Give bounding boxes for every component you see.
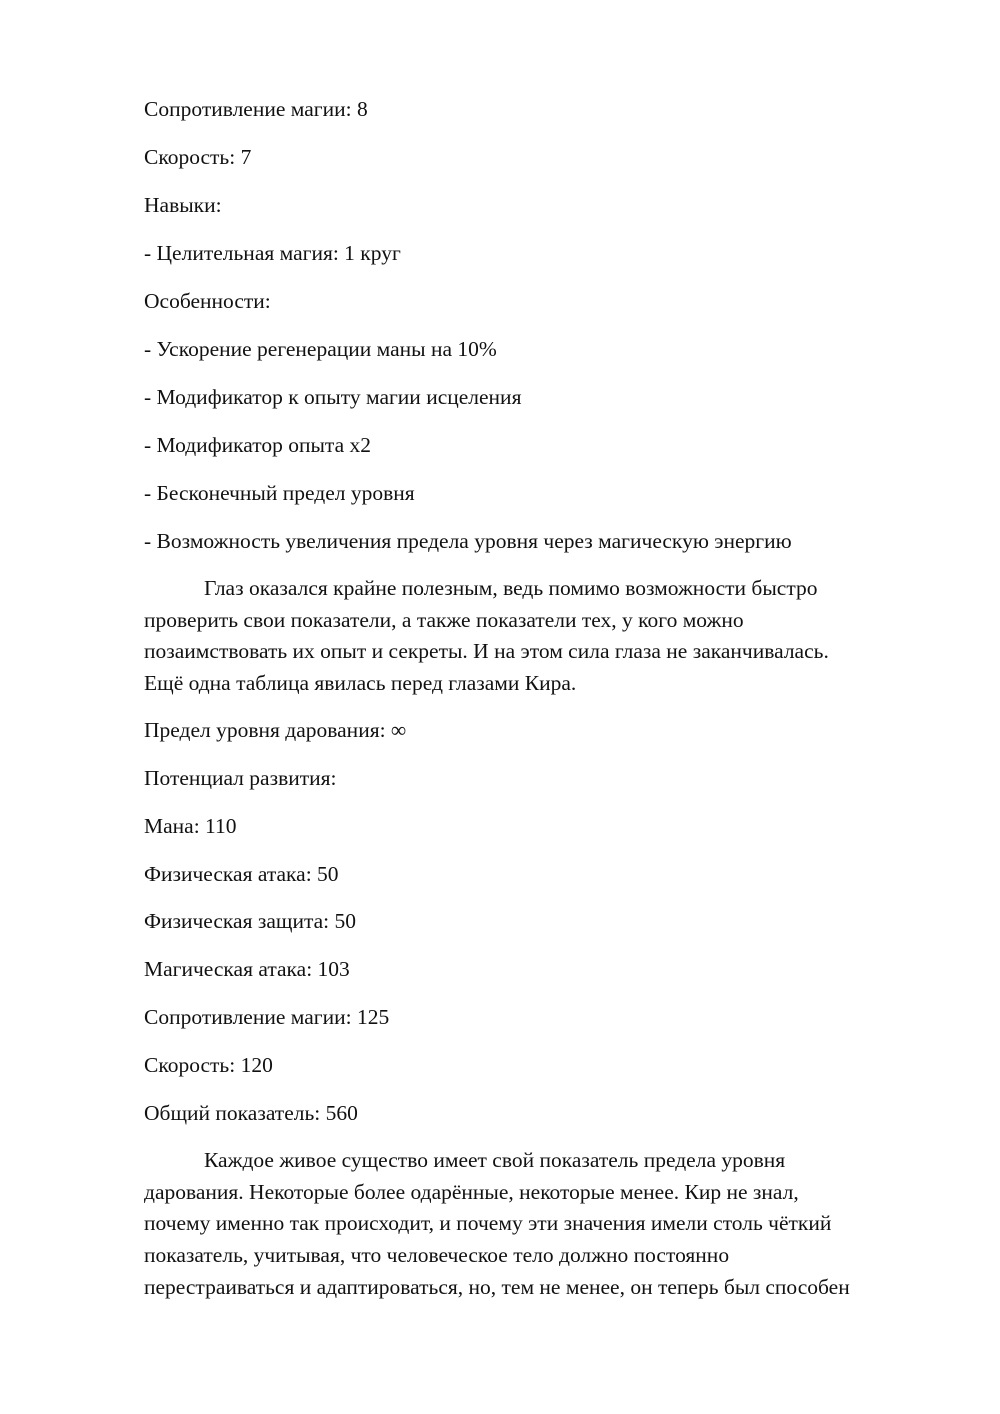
stat-line-speed: Скорость: 7	[144, 145, 251, 169]
skill-item-healing-magic: - Целительная магия: 1 круг	[144, 241, 401, 265]
feature-item-healing-exp-modifier: - Модификатор к опыту магии исцеления	[144, 385, 521, 409]
paragraph-line: Глаз оказался крайне полезным, ведь поми…	[144, 573, 924, 605]
paragraph-line: позаимствовать их опыт и секреты. И на э…	[144, 636, 924, 668]
body-paragraph-2: Каждое живое существо имеет свой показат…	[144, 1145, 924, 1304]
feature-item-level-increase: - Возможность увеличения предела уровня …	[144, 529, 792, 553]
potential-physical-defense: Физическая защита: 50	[144, 909, 356, 933]
potential-magic-attack: Магическая атака: 103	[144, 957, 350, 981]
feature-item-exp-modifier: - Модификатор опыта x2	[144, 433, 371, 457]
paragraph-line: проверить свои показатели, а также показ…	[144, 605, 924, 637]
paragraph-line: показатель, учитывая, что человеческое т…	[144, 1240, 924, 1272]
paragraph-line: Ещё одна таблица явилась перед глазами К…	[144, 668, 924, 700]
stat-line-magic-resistance: Сопротивление магии: 8	[144, 97, 368, 121]
potential-mana: Мана: 110	[144, 814, 237, 838]
features-heading: Особенности:	[144, 289, 271, 313]
potential-physical-attack: Физическая атака: 50	[144, 862, 339, 886]
paragraph-line: Каждое живое существо имеет свой показат…	[144, 1145, 924, 1177]
feature-item-mana-regen: - Ускорение регенерации маны на 10%	[144, 337, 497, 361]
feature-item-infinite-level: - Бесконечный предел уровня	[144, 481, 415, 505]
potential-speed: Скорость: 120	[144, 1053, 273, 1077]
paragraph-line: почему именно так происходит, и почему э…	[144, 1208, 924, 1240]
potential-total: Общий показатель: 560	[144, 1101, 358, 1125]
paragraph-line: перестраиваться и адаптироваться, но, те…	[144, 1272, 924, 1304]
talent-level-limit: Предел уровня дарования: ∞	[144, 718, 406, 742]
potential-magic-resistance: Сопротивление магии: 125	[144, 1005, 389, 1029]
potential-heading: Потенциал развития:	[144, 766, 337, 790]
body-paragraph-1: Глаз оказался крайне полезным, ведь поми…	[144, 573, 924, 700]
paragraph-line: дарования. Некоторые более одарённые, не…	[144, 1177, 924, 1209]
skills-heading: Навыки:	[144, 193, 222, 217]
